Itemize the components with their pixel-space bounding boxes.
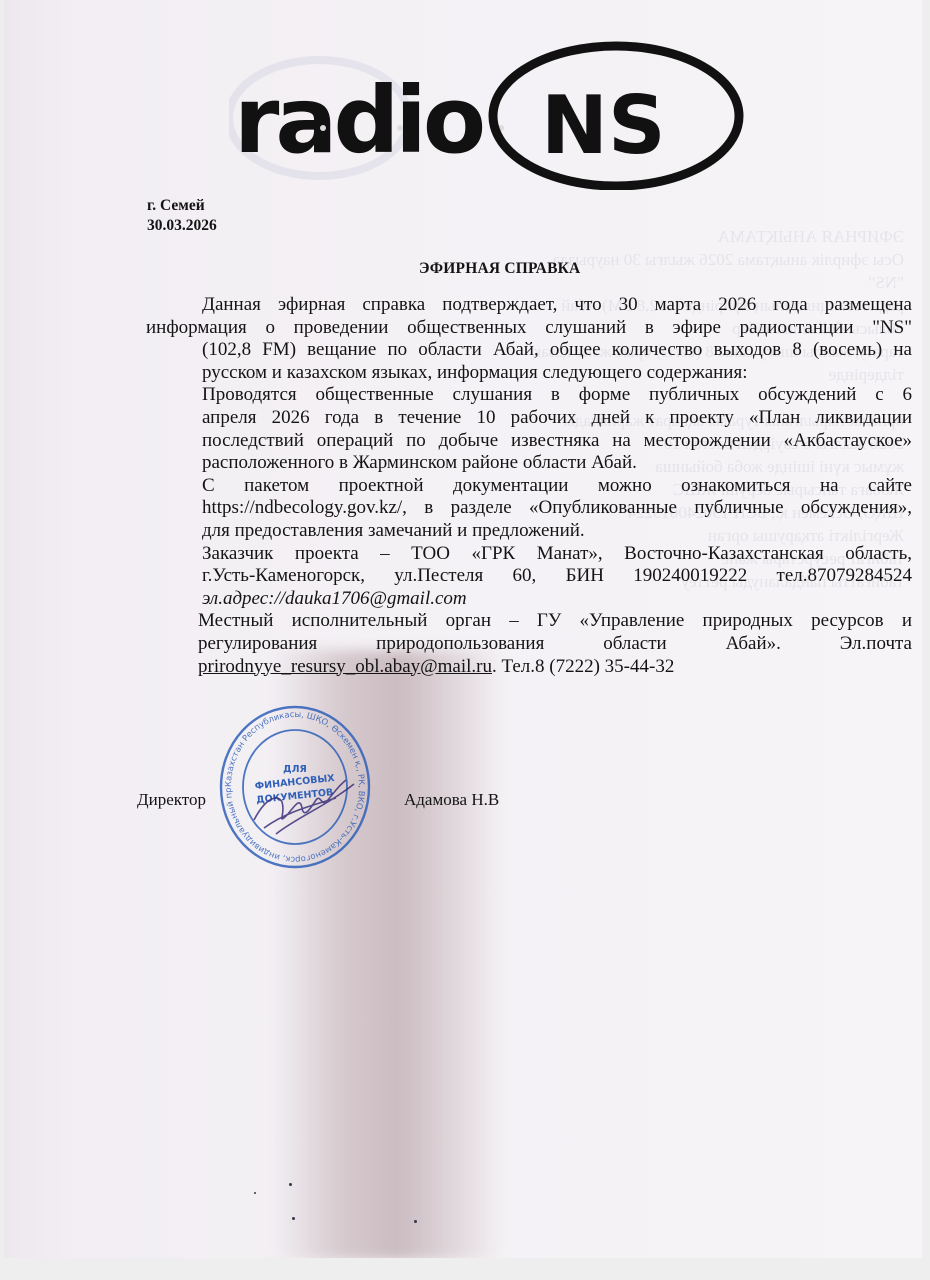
city: г. Семей	[147, 196, 217, 216]
document-title: ЭФИРНАЯ СПРАВКА	[419, 260, 580, 278]
document-body: Данная эфирная справка подтверждает, что…	[146, 294, 912, 678]
logo-ns-text: NS	[541, 79, 666, 172]
text-line: расположенного в Жарминском районе облас…	[146, 452, 912, 475]
text-line: русском и казахском языках, информация с…	[146, 362, 912, 385]
text-line: для предоставления замечаний и предложен…	[146, 520, 912, 543]
paragraph-authority: Местный исполнительный орган – ГУ «Управ…	[146, 610, 912, 678]
text-line: апреля 2026 года в течение 10 рабочих дн…	[146, 407, 912, 430]
city-date-block: г. Семей 30.03.2026	[147, 196, 217, 236]
text-line: Заказчик проекта – ТОО «ГРК Манат», Вост…	[146, 543, 912, 566]
official-stamp-icon: Казахстан Республикасы, ШҚО, Өскемен қ.,…	[216, 702, 374, 872]
text-line: Данная эфирная справка подтверждает, что…	[146, 294, 912, 317]
stamp-line-1: ДЛЯ	[283, 764, 307, 775]
signature-name: Адамова Н.В	[404, 790, 499, 810]
text-line: последствий операций по добыче известняк…	[146, 430, 912, 453]
text-line: регулирования природопользования области…	[146, 633, 912, 656]
text-line: Проводятся общественные слушания в форме…	[146, 384, 912, 407]
website-link-line: https://ndbecology.gov.kz/, в разделе «О…	[146, 497, 912, 520]
toner-speck	[254, 1192, 256, 1194]
paragraph-intro: Данная эфирная справка подтверждает, что…	[146, 294, 912, 384]
date: 30.03.2026	[147, 216, 217, 236]
paragraph-hearings: Проводятся общественные слушания в форме…	[146, 384, 912, 474]
toner-speck	[289, 1183, 292, 1186]
paragraph-customer: Заказчик проекта – ТОО «ГРК Манат», Вост…	[146, 543, 912, 611]
scanned-page: ЭФИРНАЯ АНЫҚТАМАОсы эфирлік анықтама 202…	[4, 0, 922, 1258]
logo-radio-text: radio	[234, 67, 483, 174]
text-line: prirodnyye_resursy_obl.abay@mail.ru. Тел…	[146, 656, 912, 679]
text-line: г.Усть-Каменогорск, ул.Пестеля 60, БИН 1…	[146, 565, 912, 588]
signature-role: Директор	[137, 790, 206, 810]
text-line: (102,8 FM) вещание по области Абай, обще…	[146, 339, 912, 362]
customer-email: эл.адрес://dauka1706@gmail.com	[146, 588, 912, 611]
toner-speck	[414, 1220, 417, 1223]
text-line: Местный исполнительный орган – ГУ «Управ…	[146, 610, 912, 633]
authority-email-link[interactable]: prirodnyye_resursy_obl.abay@mail.ru	[198, 656, 492, 677]
text-line: С пакетом проектной документации можно о…	[146, 475, 912, 498]
radio-ns-logo: radio NS	[229, 40, 749, 190]
toner-speck	[292, 1217, 295, 1220]
paragraph-documentation: С пакетом проектной документации можно о…	[146, 475, 912, 543]
text-line: информация о проведении общественных слу…	[146, 317, 912, 340]
phone-text: . Тел.8 (7222) 35-44-32	[492, 656, 674, 677]
